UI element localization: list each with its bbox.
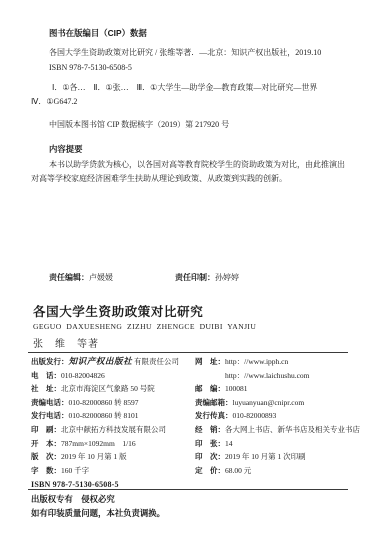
cip-classification-line-2: Ⅳ．①G647.2 xyxy=(31,96,348,108)
book-title: 各国大学生资助政策对比研究 xyxy=(33,302,203,320)
price-cell: 定 价：68.00 元 xyxy=(195,464,348,478)
format-label: 开 本： xyxy=(31,439,61,448)
printer-company-label: 印 刷： xyxy=(31,425,61,434)
impression-value: 2019 年 10 月第 1 次印刷 xyxy=(225,452,306,461)
editor-credit: 责任编辑：卢媛媛 xyxy=(49,273,113,282)
postcode-value: 100081 xyxy=(225,384,248,393)
pub-row-address: 社 址：北京市海淀区气象路 50 号院 邮 编：100081 xyxy=(28,382,348,396)
publisher-suffix: 有限责任公司 xyxy=(132,357,179,366)
sheets-value: 14 xyxy=(225,439,233,448)
book-title-pinyin: GEGUO DAXUESHENG ZIZHU ZHENGCE DUIBI YAN… xyxy=(33,322,256,331)
printer-company-value: 北京中献拓方科技发展有限公司 xyxy=(61,425,166,434)
pub-row-format: 开 本：787mm×1092mm 1/16 印 张：14 xyxy=(28,437,348,451)
pub-row-phone: 电 话：010-82004826 http：//www.laichushu.co… xyxy=(28,369,348,383)
printer-company-cell: 印 刷：北京中献拓方科技发展有限公司 xyxy=(28,423,195,437)
cip-heading: 图书在版编目（CIP）数据 xyxy=(31,27,348,39)
cip-record-number: 中国版本图书馆 CIP 数据核字（2019）第 217920 号 xyxy=(31,119,348,131)
quality-notice: 如有印装质量问题，本社负责调换。 xyxy=(28,507,348,521)
wordcount-cell: 字 数：160 千字 xyxy=(28,464,195,478)
distribution-phone-label: 发行电话： xyxy=(31,411,69,420)
wordcount-label: 字 数： xyxy=(31,466,61,475)
phone-value: 010-82004826 xyxy=(61,371,105,380)
distribution-value: 各大网上书店、新华书店及相关专业书店 xyxy=(225,425,360,434)
website-label: 网 址： xyxy=(195,357,225,366)
impression-cell: 印 次：2019 年 10 月第 1 次印刷 xyxy=(195,450,348,464)
edition-cell: 版 次：2019 年 10 月第 1 版 xyxy=(28,450,195,464)
printer-label: 责任印制： xyxy=(175,273,215,282)
postcode-cell: 邮 编：100081 xyxy=(195,382,348,396)
copyright-page: 图书在版编目（CIP）数据 各国大学生资助政策对比研究 / 张维等著．—北京：知… xyxy=(0,0,375,547)
phone-cell: 电 话：010-82004826 xyxy=(28,369,195,383)
format-value: 787mm×1092mm 1/16 xyxy=(61,439,136,448)
fax-value: 010-82000893 xyxy=(233,411,277,420)
publication-info-table: 出版发行：知识产权出版社 有限责任公司 网 址：http：//www.ipph.… xyxy=(28,352,348,491)
distribution-phone-value: 010-82000860 转 8101 xyxy=(69,411,139,420)
credits-row: 责任编辑：卢媛媛 责任印制：孙婷婷 xyxy=(49,272,113,284)
website-url-1: http：//www.ipph.cn xyxy=(225,357,288,366)
abstract-heading: 内容提要 xyxy=(31,143,348,155)
publisher-label: 出版发行： xyxy=(31,357,69,366)
phone-label: 电 话： xyxy=(31,371,61,380)
address-value: 北京市海淀区气象路 50 号院 xyxy=(61,384,155,393)
editor-email-value: luyuanyuan@cnipr.com xyxy=(233,398,305,407)
pub-row-edition: 版 次：2019 年 10 月第 1 版 印 次：2019 年 10 月第 1 … xyxy=(28,450,348,464)
address-cell: 社 址：北京市海淀区气象路 50 号院 xyxy=(28,382,195,396)
editor-email-label: 责编邮箱： xyxy=(195,398,233,407)
cip-isbn: ISBN 978-7-5130-6508-5 xyxy=(31,62,348,74)
wordcount-value: 160 千字 xyxy=(61,466,89,475)
price-label: 定 价： xyxy=(195,466,225,475)
address-label: 社 址： xyxy=(31,384,61,393)
editor-phone-label: 责编电话： xyxy=(31,398,69,407)
sheets-cell: 印 张：14 xyxy=(195,437,348,451)
pub-row-publisher: 出版发行：知识产权出版社 有限责任公司 网 址：http：//www.ipph.… xyxy=(28,355,348,369)
postcode-label: 邮 编： xyxy=(195,384,225,393)
editor-phone-cell: 责编电话：010-82000860 转 8597 xyxy=(28,396,195,410)
fax-label: 发行传真： xyxy=(195,411,233,420)
impression-label: 印 次： xyxy=(195,452,225,461)
publisher-logo-text: 知识产权出版社 xyxy=(69,356,133,366)
editor-phone-value: 010-82000860 转 8597 xyxy=(69,398,139,407)
publisher-cell: 出版发行：知识产权出版社 有限责任公司 xyxy=(28,355,195,369)
edition-label: 版 次： xyxy=(31,452,61,461)
fax-cell: 发行传真：010-82000893 xyxy=(195,409,348,423)
book-author: 张 维 等著 xyxy=(33,335,99,350)
notices-block: 出版权专有 侵权必究 如有印装质量问题，本社负责调换。 xyxy=(28,489,348,520)
abstract-line-2: 对高等学校家庭经济困难学生扶助从理论到政策、从政策到实践的创新。 xyxy=(31,173,348,185)
printer-credit: 责任印制：孙婷婷 xyxy=(175,272,239,284)
pub-row-printing: 印 刷：北京中献拓方科技发展有限公司 经 销：各大网上书店、新华书店及相关专业书… xyxy=(28,423,348,437)
pub-row-distribution-phone: 发行电话：010-82000860 转 8101 发行传真：010-820008… xyxy=(28,409,348,423)
copyright-notice: 出版权专有 侵权必究 xyxy=(28,493,348,507)
cip-entry-line: 各国大学生资助政策对比研究 / 张维等著．—北京：知识产权出版社，2019.10 xyxy=(31,47,348,59)
printer-name: 孙婷婷 xyxy=(215,273,239,282)
website-cell: 网 址：http：//www.ipph.cn xyxy=(195,355,348,369)
edition-value: 2019 年 10 月第 1 版 xyxy=(61,452,127,461)
editor-label: 责任编辑： xyxy=(49,273,89,282)
website-cell-2: http：//www.laichushu.com xyxy=(195,369,348,383)
format-cell: 开 本：787mm×1092mm 1/16 xyxy=(28,437,195,451)
editor-name: 卢媛媛 xyxy=(89,273,113,282)
website-url-2: http：//www.laichushu.com xyxy=(225,371,310,380)
price-value: 68.00 元 xyxy=(225,466,251,475)
distribution-phone-cell: 发行电话：010-82000860 转 8101 xyxy=(28,409,195,423)
distribution-label: 经 销： xyxy=(195,425,225,434)
editor-email-cell: 责编邮箱：luyuanyuan@cnipr.com xyxy=(195,396,348,410)
distribution-cell: 经 销：各大网上书店、新华书店及相关专业书店 xyxy=(195,423,360,437)
abstract-line-1: 本书以助学贷款为核心，以各国对高等教育院校学生的资助政策为对比，由此推演出 xyxy=(31,159,348,171)
sheets-label: 印 张： xyxy=(195,439,225,448)
cip-classification-line-1: Ⅰ．①各… Ⅱ．①张… Ⅲ．①大学生—助学金—教育政策—对比研究—世界 xyxy=(31,82,348,94)
cip-block: 图书在版编目（CIP）数据 各国大学生资助政策对比研究 / 张维等著．—北京：知… xyxy=(31,27,348,185)
pub-row-wordcount: 字 数：160 千字 定 价：68.00 元 xyxy=(28,464,348,478)
pub-row-editor-phone: 责编电话：010-82000860 转 8597 责编邮箱：luyuanyuan… xyxy=(28,396,348,410)
